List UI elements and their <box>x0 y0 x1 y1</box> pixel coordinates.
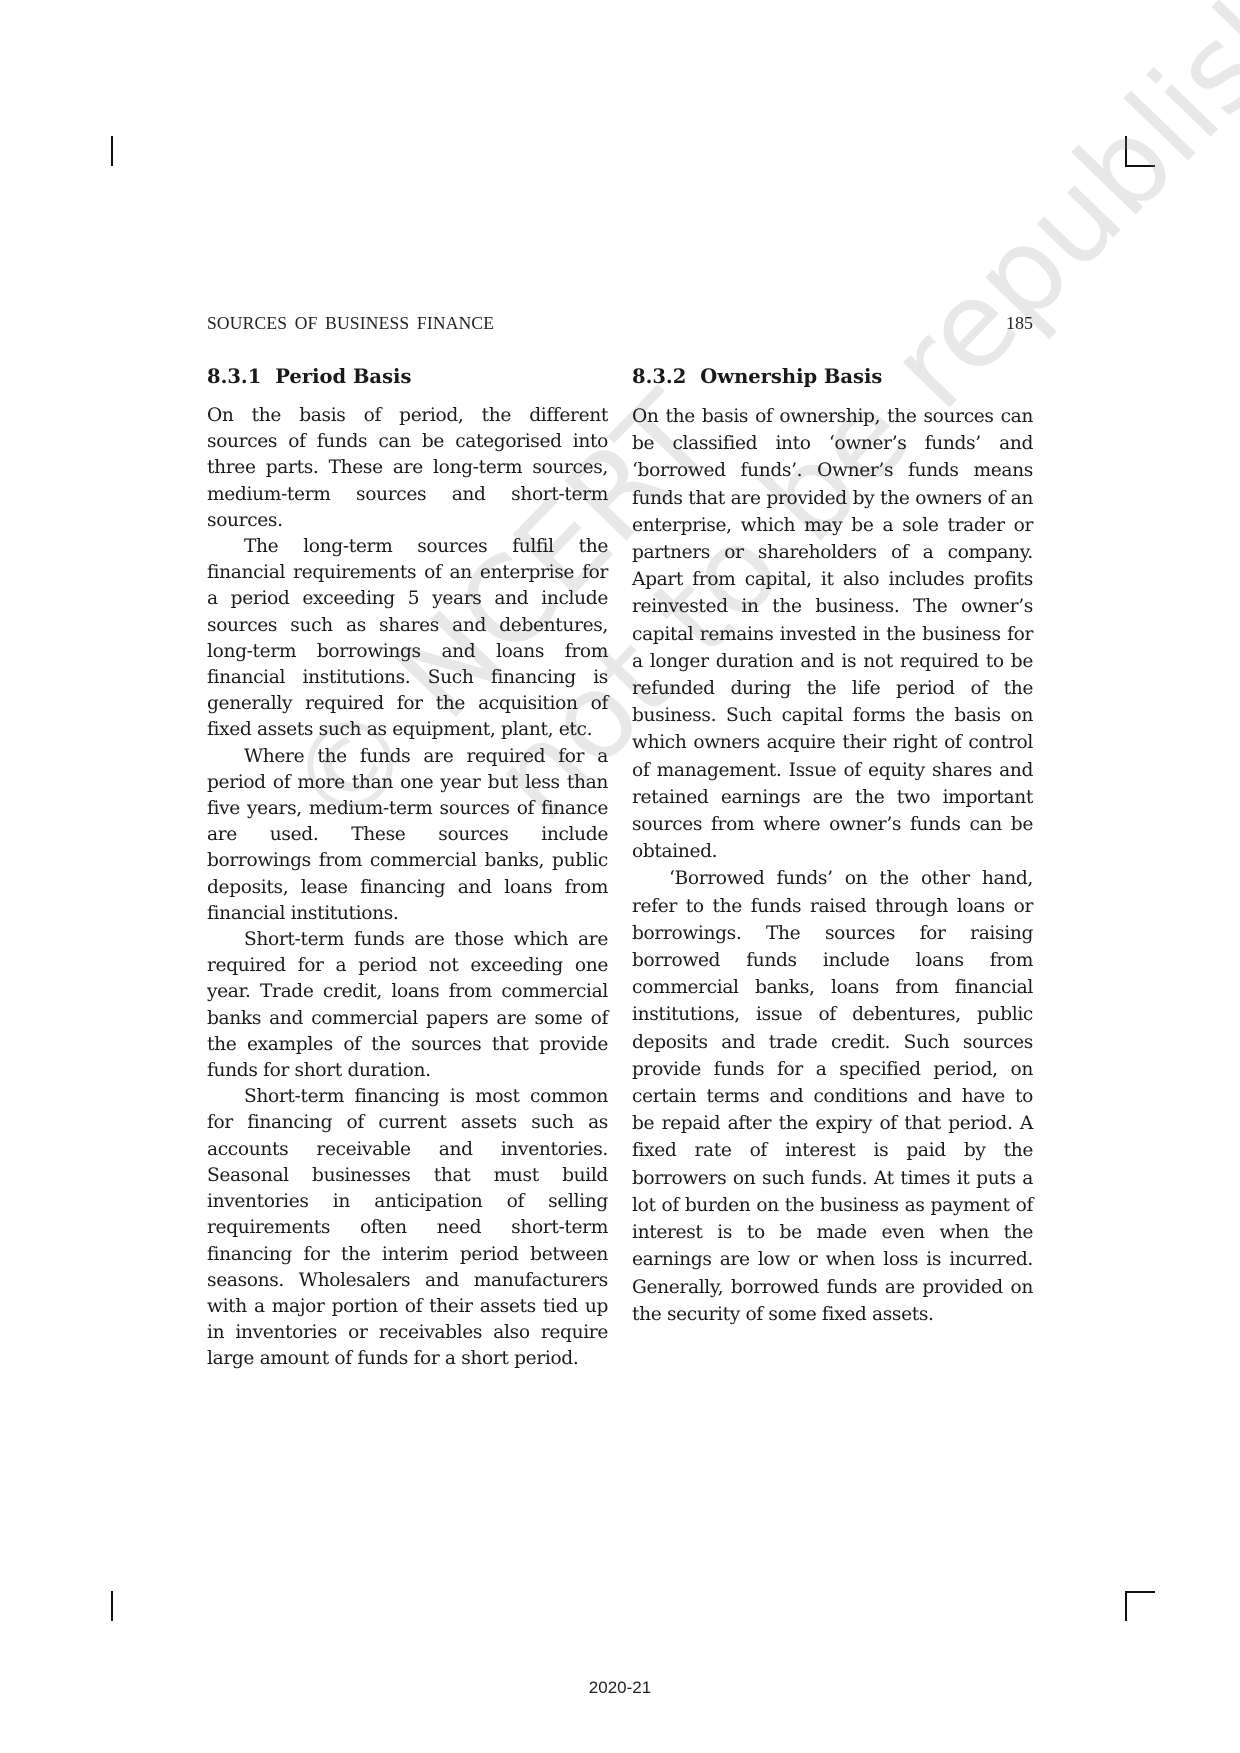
left-column: 8.3.1Period Basis On the basis of period… <box>207 363 608 1373</box>
chapter-title: SOURCES OF BUSINESS FINANCE <box>207 313 494 334</box>
paragraph: The long-term sources fulfil the financi… <box>207 534 608 744</box>
page-number: 185 <box>1006 313 1033 334</box>
running-head: SOURCES OF BUSINESS FINANCE 185 <box>207 313 1033 337</box>
paragraph: On the basis of period, the different so… <box>207 403 608 534</box>
paragraph: ‘Borrowed funds’ on the other hand, refe… <box>632 865 1033 1327</box>
paragraph: Where the funds are required for a perio… <box>207 744 608 927</box>
footer-year: 2020-21 <box>0 1678 1240 1698</box>
section-heading-period-basis: 8.3.1Period Basis <box>207 363 608 391</box>
right-column: 8.3.2Ownership Basis On the basis of own… <box>632 363 1033 1328</box>
crop-mark-bottom-right-vertical <box>1125 1591 1127 1621</box>
paragraph: Short-term financing is most common for … <box>207 1084 608 1372</box>
crop-mark-bottom-left <box>111 1591 113 1621</box>
crop-mark-top-right-horizontal <box>1125 165 1155 167</box>
section-title: Period Basis <box>275 365 411 388</box>
section-title: Ownership Basis <box>700 365 882 388</box>
paragraph: On the basis of ownership, the sources c… <box>632 403 1033 865</box>
crop-mark-top-left <box>111 136 113 166</box>
section-heading-ownership-basis: 8.3.2Ownership Basis <box>632 363 1033 391</box>
paragraph: Short-term funds are those which are req… <box>207 927 608 1084</box>
crop-mark-bottom-right-horizontal <box>1125 1591 1155 1593</box>
section-number: 8.3.1 <box>207 365 261 388</box>
crop-mark-top-right-vertical <box>1125 136 1127 166</box>
section-number: 8.3.2 <box>632 365 686 388</box>
